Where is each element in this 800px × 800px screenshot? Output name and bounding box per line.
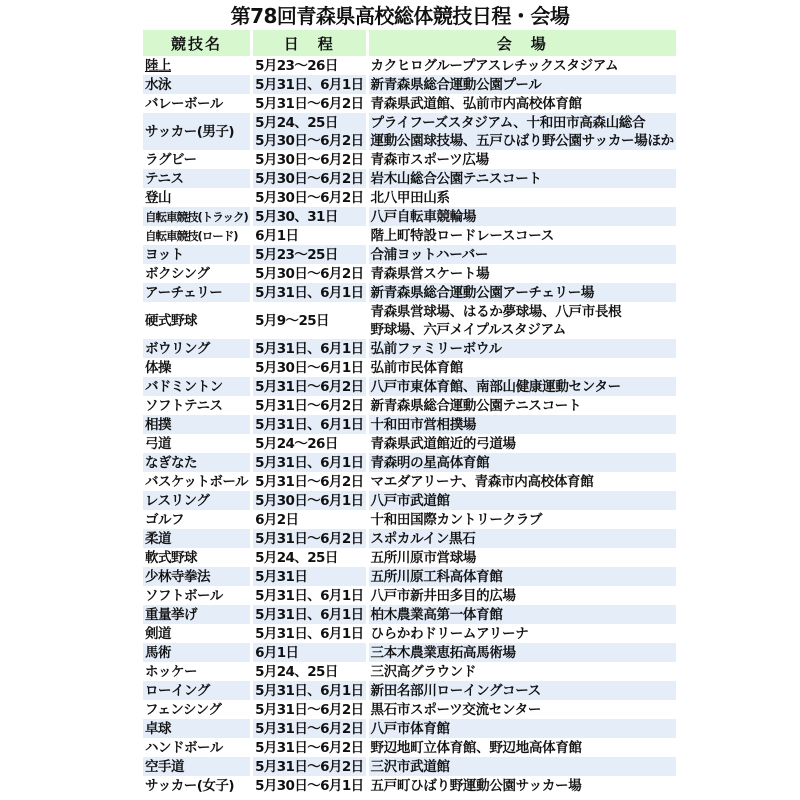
sport-name: サッカー(男子) [143, 113, 250, 150]
date-line: 5月31日〜6月2日 [255, 720, 363, 738]
schedule-dates: 5月31日〜6月2日 [253, 700, 365, 719]
schedule-dates: 5月30日〜6月2日 [253, 264, 365, 283]
table-row: ローイング5月31日、6月1日新田名部川ローイングコース [143, 681, 676, 700]
table-row: ソフトテニス5月31日〜6月2日新青森県総合運動公園テニスコート [143, 396, 676, 415]
sport-name: 馬術 [143, 643, 250, 662]
sport-name: サッカー(女子) [143, 776, 250, 795]
venue: 青森県武道館近的弓道場 [369, 434, 676, 453]
sport-name: ローイング [143, 681, 250, 700]
date-line: 6月1日 [255, 227, 363, 245]
venue-line: 新田名部川ローイングコース [371, 682, 674, 700]
venue: プライフーズスタジアム、十和田市高森山総合運動公園球技場、五戸ひばり野公園サッカ… [369, 113, 676, 150]
venue-line: 三沢高グラウンド [371, 663, 674, 681]
venue: 野辺地町立体育館、野辺地高体育館 [369, 738, 676, 757]
schedule-dates: 5月31日〜6月2日 [253, 94, 365, 113]
table-row: ホッケー5月24、25日三沢高グラウンド [143, 662, 676, 681]
sport-name: 柔道 [143, 529, 250, 548]
venue-line: 運動公園球技場、五戸ひばり野公園サッカー場ほか [371, 132, 674, 150]
table-row: 陸上5月23〜26日カクヒログループアスレチックスタジアム [143, 56, 676, 75]
venue-line: 新青森県総合運動公園プール [371, 76, 674, 94]
venue-line: 十和田国際カントリークラブ [371, 511, 674, 529]
venue: 青森県武道館、弘前市内高校体育館 [369, 94, 676, 113]
sport-name: バスケットボール [143, 472, 250, 491]
sport-name: ハンドボール [143, 738, 250, 757]
table-row: 空手道5月31日〜6月2日三沢市武道館 [143, 757, 676, 776]
venue: 五戸町ひばり野運動公園サッカー場 [369, 776, 676, 795]
sport-name: ゴルフ [143, 510, 250, 529]
venue-line: 十和田市営相撲場 [371, 416, 674, 434]
date-line: 5月31日〜6月2日 [255, 701, 363, 719]
venue: 五所川原市営球場 [369, 548, 676, 567]
schedule-dates: 5月24、25日5月30日〜6月2日 [253, 113, 365, 150]
date-line: 5月31日〜6月2日 [255, 378, 363, 396]
venue: 十和田市営相撲場 [369, 415, 676, 434]
sport-name: テニス [143, 169, 250, 188]
schedule-dates: 5月31日〜6月2日 [253, 738, 365, 757]
schedule-dates: 5月31日、6月1日 [253, 624, 365, 643]
date-line: 5月23〜26日 [255, 57, 363, 75]
schedule-dates: 6月1日 [253, 226, 365, 245]
venue: 三沢市武道館 [369, 757, 676, 776]
schedule-dates: 5月31日、6月1日 [253, 681, 365, 700]
table-row: 重量挙げ5月31日、6月1日柏木農業高第一体育館 [143, 605, 676, 624]
venue-line: プライフーズスタジアム、十和田市高森山総合 [371, 114, 674, 132]
venue-line: 三本木農業恵拓高馬術場 [371, 644, 674, 662]
sport-name: ラグビー [143, 150, 250, 169]
date-line: 5月24、25日 [255, 663, 363, 681]
sport-name: 登山 [143, 188, 250, 207]
table-row: 馬術6月1日三本木農業恵拓高馬術場 [143, 643, 676, 662]
table-row: バスケットボール5月31日〜6月2日マエダアリーナ、青森市内高校体育館 [143, 472, 676, 491]
date-line: 5月31日、6月1日 [255, 76, 363, 94]
venue: 北八甲田山系 [369, 188, 676, 207]
table-row: サッカー(男子)5月24、25日5月30日〜6月2日プライフーズスタジアム、十和… [143, 113, 676, 150]
venue-line: 野辺地町立体育館、野辺地高体育館 [371, 739, 674, 757]
schedule-dates: 5月30日〜6月1日 [253, 776, 365, 795]
schedule-dates: 5月31日〜6月2日 [253, 396, 365, 415]
schedule-dates: 6月1日 [253, 643, 365, 662]
venue-line: 八戸市体育館 [371, 720, 674, 738]
schedule-dates: 5月31日〜6月2日 [253, 472, 365, 491]
page-title: 第78回青森県高校総体競技日程・会場 [0, 4, 800, 28]
venue-line: 黒石市スポーツ交流センター [371, 701, 674, 719]
schedule-dates: 5月30日〜6月1日 [253, 491, 365, 510]
venue: 五所川原工科高体育館 [369, 567, 676, 586]
table-row: 相撲5月31日、6月1日十和田市営相撲場 [143, 415, 676, 434]
sport-name: 弓道 [143, 434, 250, 453]
sport-name: 相撲 [143, 415, 250, 434]
sport-name: ヨット [143, 245, 250, 264]
venue-line: 青森県武道館、弘前市内高校体育館 [371, 95, 674, 113]
date-line: 5月31日、6月1日 [255, 454, 363, 472]
sport-name: 空手道 [143, 757, 250, 776]
table-row: 自転車競技(トラック)5月30、31日八戸自転車競輪場 [143, 207, 676, 226]
table-row: テニス5月30日〜6月2日岩木山総合公園テニスコート [143, 169, 676, 188]
sport-name: ソフトテニス [143, 396, 250, 415]
schedule-dates: 5月31日、6月1日 [253, 586, 365, 605]
venue-line: 新青森県総合運動公園テニスコート [371, 397, 674, 415]
venue-line: 五所川原市営球場 [371, 549, 674, 567]
date-line: 6月2日 [255, 511, 363, 529]
venue: 八戸市新井田多目的広場 [369, 586, 676, 605]
venue: 弘前市民体育館 [369, 358, 676, 377]
date-line: 5月9〜25日 [255, 312, 363, 330]
venue: 三本木農業恵拓高馬術場 [369, 643, 676, 662]
venue-line: 弘前ファミリーボウル [371, 340, 674, 358]
sport-name: ホッケー [143, 662, 250, 681]
table-row: 軟式野球5月24、25日五所川原市営球場 [143, 548, 676, 567]
venue-line: スポカルイン黒石 [371, 530, 674, 548]
date-line: 5月31日〜6月2日 [255, 397, 363, 415]
table-row: 剣道5月31日、6月1日ひらかわドリームアリーナ [143, 624, 676, 643]
date-line: 5月24、25日 [255, 114, 363, 132]
venue-line: 三沢市武道館 [371, 758, 674, 776]
venue: 弘前ファミリーボウル [369, 339, 676, 358]
date-line: 5月30日〜6月2日 [255, 265, 363, 283]
table-row: フェンシング5月31日〜6月2日黒石市スポーツ交流センター [143, 700, 676, 719]
schedule-dates: 5月24、25日 [253, 662, 365, 681]
date-line: 5月31日、6月1日 [255, 284, 363, 302]
date-line: 5月31日、6月1日 [255, 587, 363, 605]
sport-name: 卓球 [143, 719, 250, 738]
schedule-dates: 5月30、31日 [253, 207, 365, 226]
header-sport: 競技名 [143, 30, 250, 56]
table-body: 陸上5月23〜26日カクヒログループアスレチックスタジアム水泳5月31日、6月1… [143, 56, 676, 795]
venue: 岩木山総合公園テニスコート [369, 169, 676, 188]
sport-name: バレーボール [143, 94, 250, 113]
table-row: ボクシング5月30日〜6月2日青森県営スケート場 [143, 264, 676, 283]
header-venue: 会 場 [369, 30, 676, 56]
venue: 柏木農業高第一体育館 [369, 605, 676, 624]
venue: 青森市スポーツ広場 [369, 150, 676, 169]
table-row: ラグビー5月30日〜6月2日青森市スポーツ広場 [143, 150, 676, 169]
schedule-dates: 5月30日〜6月2日 [253, 150, 365, 169]
date-line: 5月30日〜6月2日 [255, 170, 363, 188]
venue: 青森県営スケート場 [369, 264, 676, 283]
venue: 階上町特設ロードレースコース [369, 226, 676, 245]
sport-name: 剣道 [143, 624, 250, 643]
venue: 青森県営球場、はるか夢球場、八戸市長根野球場、六戸メイプルスタジアム [369, 302, 676, 339]
date-line: 5月31日 [255, 568, 363, 586]
date-line: 5月31日、6月1日 [255, 340, 363, 358]
venue-line: 青森明の星高体育館 [371, 454, 674, 472]
venue: 新青森県総合運動公園テニスコート [369, 396, 676, 415]
venue-line: 新青森県総合運動公園アーチェリー場 [371, 284, 674, 302]
venue-line: 階上町特設ロードレースコース [371, 227, 674, 245]
sport-name: フェンシング [143, 700, 250, 719]
venue: 青森明の星高体育館 [369, 453, 676, 472]
table-row: 体操5月30日〜6月1日弘前市民体育館 [143, 358, 676, 377]
venue-line: 青森県武道館近的弓道場 [371, 435, 674, 453]
venue-line: ひらかわドリームアリーナ [371, 625, 674, 643]
schedule-dates: 5月31日、6月1日 [253, 283, 365, 302]
date-line: 5月30日〜6月2日 [255, 132, 363, 150]
date-line: 5月30日〜6月2日 [255, 189, 363, 207]
sport-name: 自転車競技(トラック) [143, 207, 250, 226]
date-line: 5月30、31日 [255, 208, 363, 226]
venue-line: 八戸自転車競輪場 [371, 208, 674, 226]
venue-line: カクヒログループアスレチックスタジアム [371, 57, 674, 75]
venue-line: 弘前市民体育館 [371, 359, 674, 377]
date-line: 5月23〜25日 [255, 246, 363, 264]
table-row: 柔道5月31日〜6月2日スポカルイン黒石 [143, 529, 676, 548]
venue-line: 八戸市東体育館、南部山健康運動センター [371, 378, 674, 396]
venue: 八戸自転車競輪場 [369, 207, 676, 226]
table-row: ソフトボール5月31日、6月1日八戸市新井田多目的広場 [143, 586, 676, 605]
schedule-dates: 5月31日、6月1日 [253, 415, 365, 434]
sport-name: ソフトボール [143, 586, 250, 605]
date-line: 5月24〜26日 [255, 435, 363, 453]
schedule-dates: 6月2日 [253, 510, 365, 529]
venue: カクヒログループアスレチックスタジアム [369, 56, 676, 75]
schedule-dates: 5月31日〜6月2日 [253, 757, 365, 776]
schedule-dates: 5月31日、6月1日 [253, 605, 365, 624]
venue-line: マエダアリーナ、青森市内高校体育館 [371, 473, 674, 491]
venue: 新青森県総合運動公園プール [369, 75, 676, 94]
date-line: 5月31日、6月1日 [255, 682, 363, 700]
table-row: バレーボール5月31日〜6月2日青森県武道館、弘前市内高校体育館 [143, 94, 676, 113]
schedule-dates: 5月30日〜6月2日 [253, 188, 365, 207]
date-line: 5月31日〜6月2日 [255, 95, 363, 113]
sport-name: レスリング [143, 491, 250, 510]
date-line: 5月31日、6月1日 [255, 625, 363, 643]
sport-name: バドミントン [143, 377, 250, 396]
venue: 新田名部川ローイングコース [369, 681, 676, 700]
table-row: サッカー(女子)5月30日〜6月1日五戸町ひばり野運動公園サッカー場 [143, 776, 676, 795]
table-row: バドミントン5月31日〜6月2日八戸市東体育館、南部山健康運動センター [143, 377, 676, 396]
venue-line: 五所川原工科高体育館 [371, 568, 674, 586]
venue-line: 八戸市武道館 [371, 492, 674, 510]
sport-name: 重量挙げ [143, 605, 250, 624]
table-row: ボウリング5月31日、6月1日弘前ファミリーボウル [143, 339, 676, 358]
schedule-dates: 5月9〜25日 [253, 302, 365, 339]
schedule-dates: 5月31日、6月1日 [253, 453, 365, 472]
date-line: 5月31日〜6月2日 [255, 758, 363, 776]
sport-name: 水泳 [143, 75, 250, 94]
table-row: 弓道5月24〜26日青森県武道館近的弓道場 [143, 434, 676, 453]
venue-line: 柏木農業高第一体育館 [371, 606, 674, 624]
schedule-dates: 5月31日、6月1日 [253, 75, 365, 94]
venue-line: 岩木山総合公園テニスコート [371, 170, 674, 188]
date-line: 5月31日〜6月2日 [255, 739, 363, 757]
venue: マエダアリーナ、青森市内高校体育館 [369, 472, 676, 491]
venue-line: 青森市スポーツ広場 [371, 151, 674, 169]
table-row: ハンドボール5月31日〜6月2日野辺地町立体育館、野辺地高体育館 [143, 738, 676, 757]
sport-name: 陸上 [143, 56, 250, 75]
venue-line: 合浦ヨットハーバー [371, 246, 674, 264]
venue-line: 青森県営スケート場 [371, 265, 674, 283]
schedule-dates: 5月23〜26日 [253, 56, 365, 75]
sport-name: なぎなた [143, 453, 250, 472]
table-row: 硬式野球5月9〜25日青森県営球場、はるか夢球場、八戸市長根野球場、六戸メイプル… [143, 302, 676, 339]
venue: 合浦ヨットハーバー [369, 245, 676, 264]
venue: 新青森県総合運動公園アーチェリー場 [369, 283, 676, 302]
venue-line: 八戸市新井田多目的広場 [371, 587, 674, 605]
sport-name: 少林寺拳法 [143, 567, 250, 586]
table-row: アーチェリー5月31日、6月1日新青森県総合運動公園アーチェリー場 [143, 283, 676, 302]
sport-name: アーチェリー [143, 283, 250, 302]
schedule-dates: 5月30日〜6月2日 [253, 169, 365, 188]
sport-name: 硬式野球 [143, 302, 250, 339]
sport-name: 体操 [143, 358, 250, 377]
table-row: 少林寺拳法5月31日五所川原工科高体育館 [143, 567, 676, 586]
date-line: 5月30日〜6月1日 [255, 777, 363, 795]
schedule-dates: 5月31日〜6月2日 [253, 377, 365, 396]
schedule-dates: 5月30日〜6月1日 [253, 358, 365, 377]
venue: ひらかわドリームアリーナ [369, 624, 676, 643]
schedule-dates: 5月24、25日 [253, 548, 365, 567]
venue: 十和田国際カントリークラブ [369, 510, 676, 529]
schedule-dates: 5月31日〜6月2日 [253, 719, 365, 738]
date-line: 5月31日〜6月2日 [255, 473, 363, 491]
table-header-row: 競技名 日 程 会 場 [143, 30, 676, 56]
venue: 三沢高グラウンド [369, 662, 676, 681]
date-line: 5月24、25日 [255, 549, 363, 567]
venue: 八戸市武道館 [369, 491, 676, 510]
schedule-dates: 5月31日〜6月2日 [253, 529, 365, 548]
schedule-dates: 5月31日 [253, 567, 365, 586]
venue: スポカルイン黒石 [369, 529, 676, 548]
venue: 黒石市スポーツ交流センター [369, 700, 676, 719]
date-line: 5月31日、6月1日 [255, 606, 363, 624]
table-row: 自転車競技(ロード)6月1日階上町特設ロードレースコース [143, 226, 676, 245]
date-line: 6月1日 [255, 644, 363, 662]
venue-line: 五戸町ひばり野運動公園サッカー場 [371, 777, 674, 795]
date-line: 5月30日〜6月2日 [255, 151, 363, 169]
table-row: 登山5月30日〜6月2日北八甲田山系 [143, 188, 676, 207]
venue-line: 野球場、六戸メイプルスタジアム [371, 321, 674, 339]
venue-line: 北八甲田山系 [371, 189, 674, 207]
date-line: 5月31日〜6月2日 [255, 530, 363, 548]
table-row: なぎなた5月31日、6月1日青森明の星高体育館 [143, 453, 676, 472]
sport-name: 自転車競技(ロード) [143, 226, 250, 245]
sport-name: ボウリング [143, 339, 250, 358]
schedule-dates: 5月23〜25日 [253, 245, 365, 264]
table-row: 卓球5月31日〜6月2日八戸市体育館 [143, 719, 676, 738]
schedule-dates: 5月31日、6月1日 [253, 339, 365, 358]
schedule-dates: 5月24〜26日 [253, 434, 365, 453]
venue-line: 青森県営球場、はるか夢球場、八戸市長根 [371, 303, 674, 321]
table-row: 水泳5月31日、6月1日新青森県総合運動公園プール [143, 75, 676, 94]
sport-name: 軟式野球 [143, 548, 250, 567]
date-line: 5月31日、6月1日 [255, 416, 363, 434]
sport-name: ボクシング [143, 264, 250, 283]
table-row: レスリング5月30日〜6月1日八戸市武道館 [143, 491, 676, 510]
header-dates: 日 程 [253, 30, 365, 56]
schedule-table: 競技名 日 程 会 場 陸上5月23〜26日カクヒログループアスレチックスタジア… [140, 30, 679, 795]
venue: 八戸市体育館 [369, 719, 676, 738]
date-line: 5月30日〜6月1日 [255, 492, 363, 510]
table-row: ヨット5月23〜25日合浦ヨットハーバー [143, 245, 676, 264]
venue: 八戸市東体育館、南部山健康運動センター [369, 377, 676, 396]
table-row: ゴルフ6月2日十和田国際カントリークラブ [143, 510, 676, 529]
date-line: 5月30日〜6月1日 [255, 359, 363, 377]
